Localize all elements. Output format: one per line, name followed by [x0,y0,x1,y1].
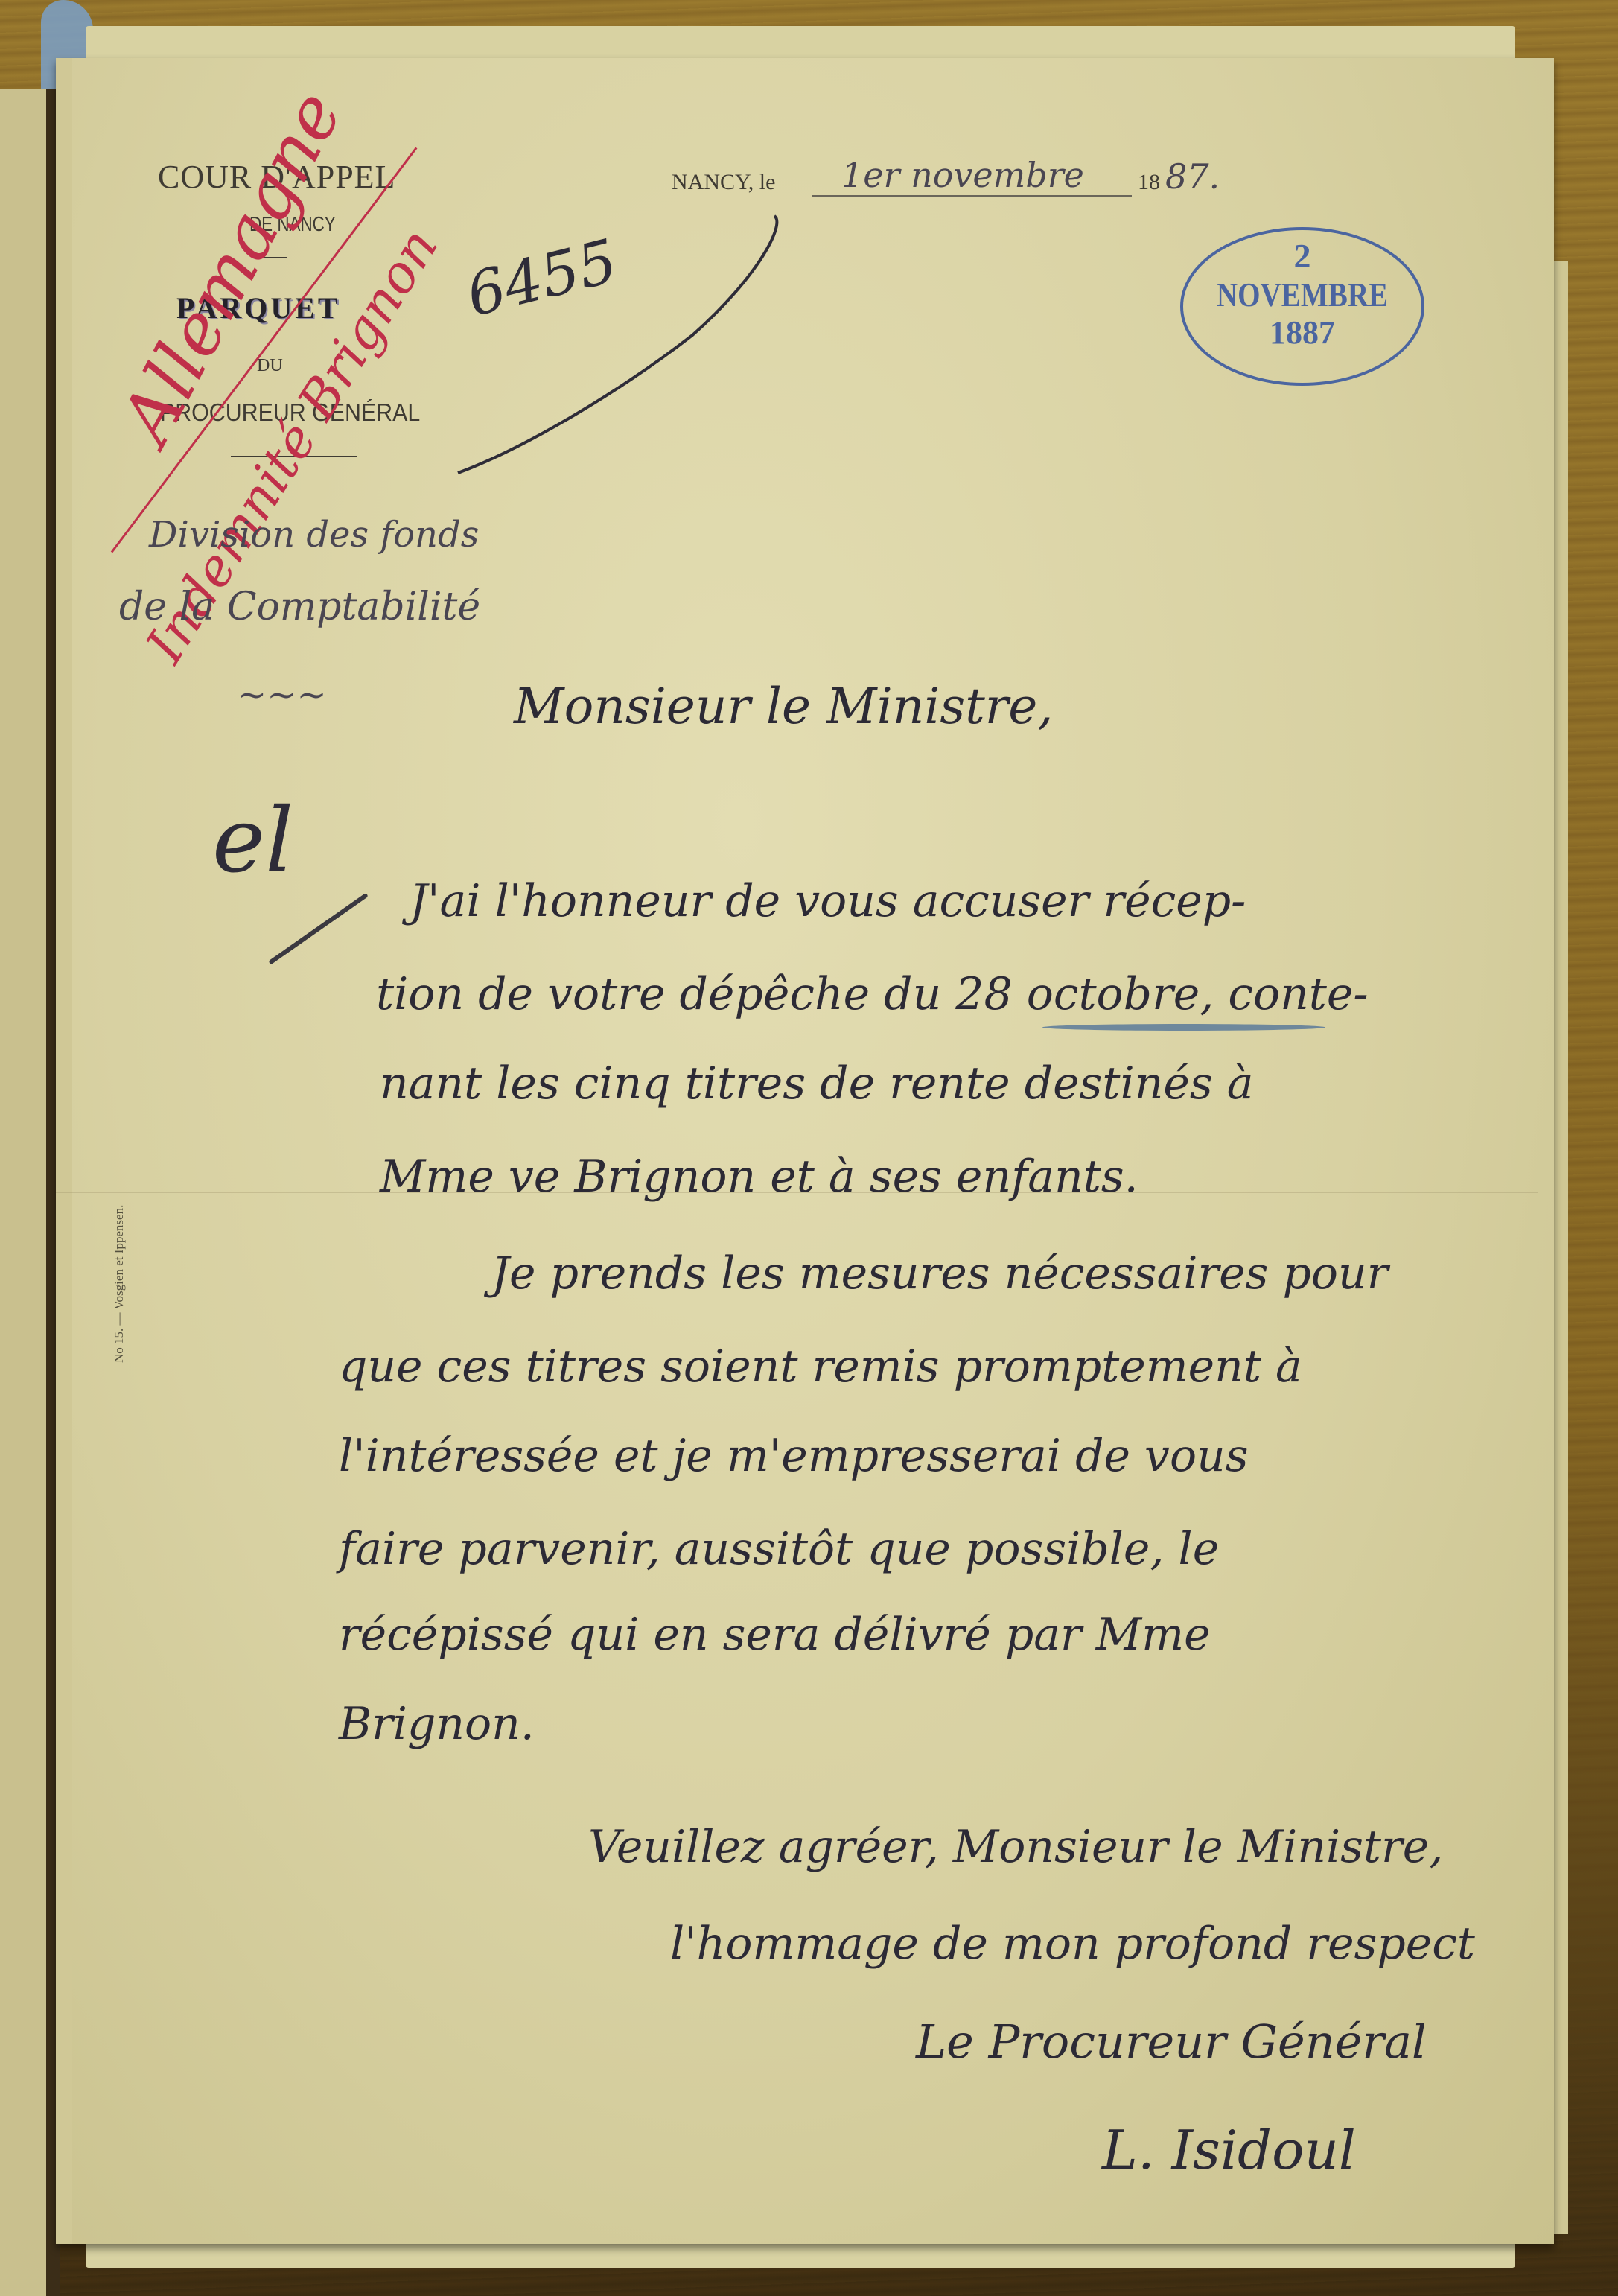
date-year-handwritten: 87. [1165,156,1220,197]
stamp-day: 2 [1183,239,1421,273]
closing-line-1: Veuillez agréer, Monsieur le Ministre, [588,1821,1443,1873]
margin-mark: el [212,789,293,893]
body-line-8: faire parvenir, aussitôt que possible, l… [339,1523,1219,1575]
stamp-year: 1887 [1183,317,1421,349]
date-handwritten: 1er novembre [841,155,1084,195]
printer-imprint: No 15. — Vosgien et Ippensen. [112,1205,127,1363]
adjacent-page-edge [0,89,60,2296]
body-line-9: récépissé qui en sera délivré par Mme [339,1609,1211,1661]
closing-role: Le Procureur Général [916,2014,1427,2069]
salutation: Monsieur le Ministre, [514,678,1053,735]
body-line-10: Brignon. [339,1698,535,1750]
body-line-5: Je prends les mesures nécessaires pour [491,1247,1388,1300]
department-line-1: Division des fonds [149,514,479,556]
stamp-month: NOVEMBRE [1201,278,1404,312]
body-line-6: que ces titres soient remis promptement … [339,1341,1302,1393]
body-line-4: Mme ve Brignon et à ses enfants. [380,1151,1138,1203]
received-date-stamp: 2 NOVEMBRE 1887 [1180,227,1424,386]
body-line-3: nant les cinq titres de rente destinés à [380,1058,1254,1110]
letterhead-du: DU [257,356,283,376]
body-line-7: l'intéressée et je m'empresserai de vous [339,1430,1249,1482]
date-place-prefix: NANCY, le [672,170,775,195]
body-line-2: tion de votre dépêche du 28 octobre, con… [376,968,1369,1020]
body-line-1: J'ai l'honneur de vous accuser récep- [410,875,1246,927]
closing-line-2: l'hommage de mon profond respect [670,1918,1475,1970]
signature: L. Isidoul [1102,2119,1356,2181]
department-line-2: de la Comptabilité [119,585,480,629]
department-flourish: ~~~ [237,674,327,716]
registration-stroke [447,209,789,477]
date-underline [812,195,1132,197]
blue-pencil-underline [1042,1024,1325,1031]
date-year-printed: 18 [1138,170,1160,195]
